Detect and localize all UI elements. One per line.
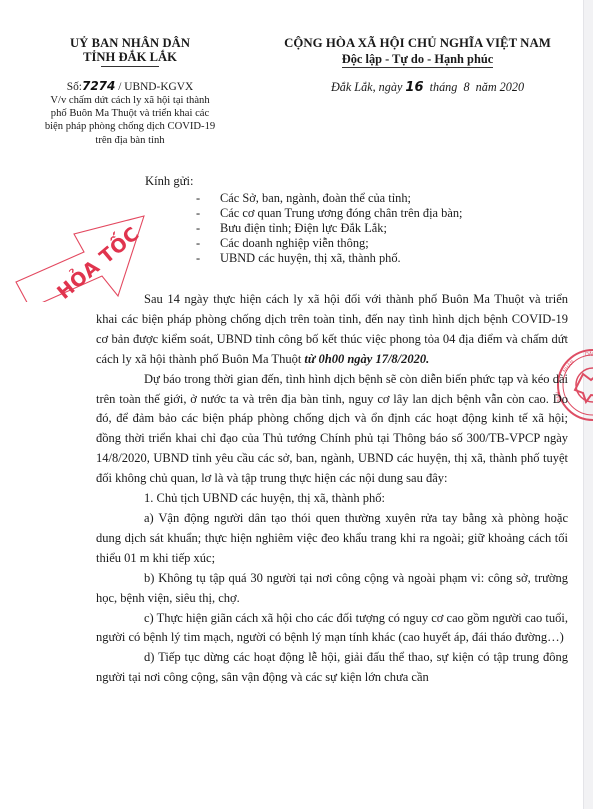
document-body: Sau 14 ngày thực hiện cách ly xã hội đối… (96, 290, 568, 688)
recipient-item: -Các doanh nghiệp viễn thông; (196, 236, 462, 251)
clause-b: b) Không tụ tập quá 30 người tại nơi côn… (96, 569, 568, 609)
recipient-item: -Bưu điện tỉnh; Điện lực Đắk Lắk; (196, 221, 462, 236)
document-page: UỶ BAN NHÂN DÂN TỈNH ĐẮK LẮK Số:7274 / U… (0, 0, 593, 809)
addressee-label: Kính gửi: (145, 174, 193, 189)
document-number-handwritten: 7274 (82, 79, 115, 93)
recipient-text: Các cơ quan Trung ương đóng chân trên đị… (220, 206, 462, 220)
document-number: Số:7274 / UBND-KGVX (40, 80, 220, 94)
clause-d: d) Tiếp tục dừng các hoạt động lễ hội, g… (96, 648, 568, 688)
issuing-authority-block: UỶ BAN NHÂN DÂN TỈNH ĐẮK LẮK Số:7274 / U… (40, 36, 220, 147)
subject-line: phố Buôn Ma Thuột và triển khai các (40, 107, 220, 120)
recipient-text: Bưu điện tỉnh; Điện lực Đắk Lắk; (220, 221, 387, 235)
subject-line: trên địa bàn tỉnh (40, 134, 220, 147)
paragraph-forecast: Dự báo trong thời gian đến, tình hình dị… (96, 370, 568, 489)
recipient-text: Các Sở, ban, ngành, đoàn thể của tỉnh; (220, 191, 411, 205)
document-number-suffix: / UBND-KGVX (118, 81, 193, 93)
recipient-text: Các doanh nghiệp viễn thông; (220, 236, 369, 250)
issue-date: Đắk Lắk, ngày 16 tháng 8 năm 2020 (250, 80, 585, 95)
svg-text:DÂN: DÂN (585, 351, 593, 358)
national-motto: Độc lập - Tự do - Hạnh phúc (342, 52, 493, 68)
issue-date-day: 16 (405, 80, 423, 95)
issuing-authority-line1: UỶ BAN NHÂN DÂN (40, 36, 220, 50)
issuing-authority-line2: TỈNH ĐẮK LẮK (40, 50, 220, 65)
subject-line: biện pháp phòng chống dịch COVID-19 (40, 120, 220, 133)
urgent-stamp-icon: HỎA TỐC (10, 192, 160, 302)
authority-underline (101, 66, 159, 67)
section-heading-1: 1. Chủ tịch UBND các huyện, thị xã, thàn… (96, 489, 568, 509)
recipient-item: -Các cơ quan Trung ương đóng chân trên đ… (196, 206, 462, 221)
document-subject: V/v chấm dứt cách ly xã hội tại thành ph… (40, 94, 220, 147)
recipient-item: -Các Sở, ban, ngành, đoàn thể của tỉnh; (196, 191, 462, 206)
recipient-item: -UBND các huyện, thị xã, thành phố. (196, 251, 462, 266)
effective-time-emphasis: từ 0h00 ngày 17/8/2020. (304, 352, 429, 366)
issue-date-prefix: Đắk Lắk, ngày (331, 80, 405, 94)
recipient-text: UBND các huyện, thị xã, thành phố. (220, 251, 401, 265)
paragraph-announcement: Sau 14 ngày thực hiện cách ly xã hội đối… (96, 290, 568, 370)
national-header-block: CỘNG HÒA XÃ HỘI CHỦ NGHĨA VIỆT NAM Độc l… (250, 36, 585, 95)
document-number-prefix: Số: (67, 81, 82, 93)
issue-date-suffix: tháng 8 năm 2020 (424, 80, 525, 94)
nation-title: CỘNG HÒA XÃ HỘI CHỦ NGHĨA VIỆT NAM (250, 36, 585, 50)
recipient-list: -Các Sở, ban, ngành, đoàn thể của tỉnh; … (196, 191, 462, 266)
subject-line: V/v chấm dứt cách ly xã hội tại thành (40, 94, 220, 107)
clause-c: c) Thực hiện giãn cách xã hội cho các đố… (96, 609, 568, 649)
clause-a: a) Vận động người dân tạo thói quen thườ… (96, 509, 568, 569)
